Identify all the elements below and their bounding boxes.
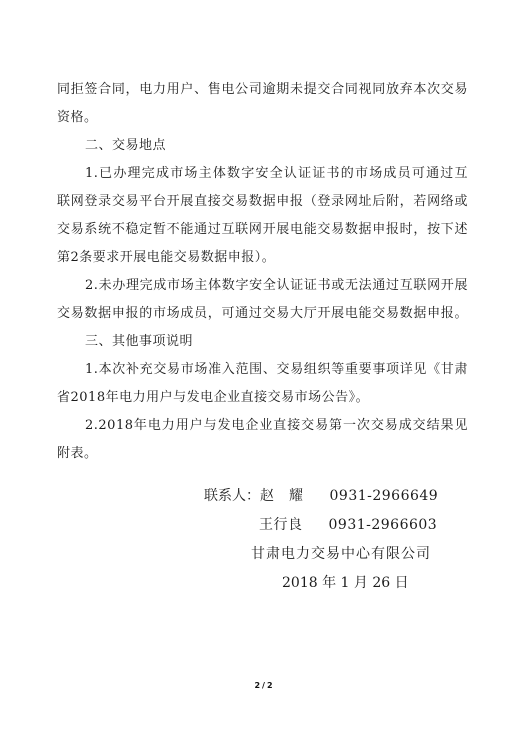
contact-block: 联系人：赵 耀0931-2966649 王行良0931-2966603 甘肃电力… (0, 482, 529, 598)
body-line: 1.已办理完成市场主体数字安全认证证书的市场成员可通过互 (57, 160, 468, 188)
body-line: 资格。 (57, 104, 468, 132)
body-line: 交易系统不稳定暂不能通过互联网开展电能交易数据申报时，按下述 (57, 216, 468, 244)
body-line: 1.本次补充交易市场准入范围、交易组织等重要事项详见《甘肃 (57, 356, 468, 384)
document-page: 同拒签合同，电力用户、售电公司逾期未提交合同视同放弃本次交易 资格。 二、交易地… (0, 0, 529, 748)
contact-row: 联系人：赵 耀0931-2966649 (0, 482, 529, 511)
document-body: 同拒签合同，电力用户、售电公司逾期未提交合同视同放弃本次交易 资格。 二、交易地… (57, 76, 468, 468)
contact-label: 联系人： (204, 488, 260, 504)
body-line: 同拒签合同，电力用户、售电公司逾期未提交合同视同放弃本次交易 (57, 76, 468, 104)
section-heading: 三、其他事项说明 (57, 328, 468, 356)
contact-name-1: 赵 耀 (260, 488, 304, 504)
contact-name-2: 王行良 (259, 517, 303, 533)
signature-company: 甘肃电力交易中心有限公司 (0, 540, 529, 569)
body-line: 第2条要求开展电能交易数据申报）。 (57, 244, 468, 272)
page-number: 2/2 (0, 681, 529, 690)
contact-phone-2: 0931-2966603 (329, 517, 438, 533)
contact-row: 王行良0931-2966603 (0, 511, 529, 540)
body-line: 附表。 (57, 440, 468, 468)
section-heading: 二、交易地点 (57, 132, 468, 160)
signature-date: 2018 年 1 月 26 日 (0, 569, 529, 598)
body-line: 省2018年电力用户与发电企业直接交易市场公告》。 (57, 384, 468, 412)
contact-phone-1: 0931-2966649 (330, 488, 439, 504)
body-line: 联网登录交易平台开展直接交易数据申报（登录网址后附，若网络或 (57, 188, 468, 216)
body-line: 交易数据申报的市场成员，可通过交易大厅开展电能交易数据申报。 (57, 300, 468, 328)
body-line: 2.2018年电力用户与发电企业直接交易第一次交易成交结果见 (57, 412, 468, 440)
body-line: 2.未办理完成市场主体数字安全认证证书或无法通过互联网开展 (57, 272, 468, 300)
